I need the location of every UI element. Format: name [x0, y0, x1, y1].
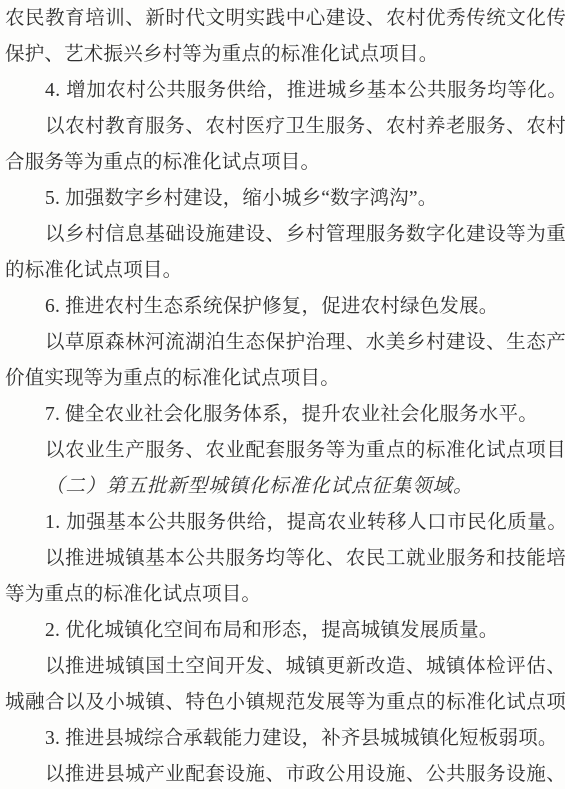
- document-line: 农民教育培训、新时代文明实践中心建设、农村优秀传统文化传承: [5, 1, 559, 37]
- document-line: 以草原森林河流湖泊生态保护治理、水美乡村建设、生态产品: [5, 325, 559, 361]
- document-section-heading: （二）第五批新型城镇化标准化试点征集领域。: [5, 469, 559, 505]
- document-line: 的标准化试点项目。: [5, 253, 559, 289]
- document-line: 合服务等为重点的标准化试点项目。: [5, 145, 559, 181]
- document-line: 6. 推进农村生态系统保护修复，促进农村绿色发展。: [5, 289, 559, 325]
- document-line: 5. 加强数字乡村建设，缩小城乡“数字鸿沟”。: [5, 181, 559, 217]
- document-line: 城融合以及小城镇、特色小镇规范发展等为重点的标准化试点项目。: [5, 685, 559, 721]
- document-line: 1. 加强基本公共服务供给，提高农业转移人口市民化质量。: [5, 505, 559, 541]
- document-line: 7. 健全农业社会化服务体系，提升农业社会化服务水平。: [5, 397, 559, 433]
- document-line: 3. 推进县城综合承载能力建设，补齐县城城镇化短板弱项。: [5, 721, 559, 757]
- document-line: 等为重点的标准化试点项目。: [5, 577, 559, 613]
- document-line: 以推进城镇基本公共服务均等化、农民工就业服务和技能培训: [5, 541, 559, 577]
- document-line: 以乡村信息基础设施建设、乡村管理服务数字化建设等为重点: [5, 217, 559, 253]
- document-line: 4. 增加农村公共服务供给，推进城乡基本公共服务均等化。: [5, 73, 559, 109]
- document-line: 以农村教育服务、农村医疗卫生服务、农村养老服务、农村综: [5, 109, 559, 145]
- document-line: 以推进县城产业配套设施、市政公用设施、公共服务设施、环: [5, 757, 559, 789]
- document-line: 价值实现等为重点的标准化试点项目。: [5, 361, 559, 397]
- document-line: 2. 优化城镇化空间布局和形态，提高城镇发展质量。: [5, 613, 559, 649]
- document-line: 保护、艺术振兴乡村等为重点的标准化试点项目。: [5, 37, 559, 73]
- document-page: 农民教育培训、新时代文明实践中心建设、农村优秀传统文化传承 保护、艺术振兴乡村等…: [0, 0, 565, 789]
- document-line: 以推进城镇国土空间开发、城镇更新改造、城镇体检评估、产: [5, 649, 559, 685]
- document-line: 以农业生产服务、农业配套服务等为重点的标准化试点项目。: [5, 433, 559, 469]
